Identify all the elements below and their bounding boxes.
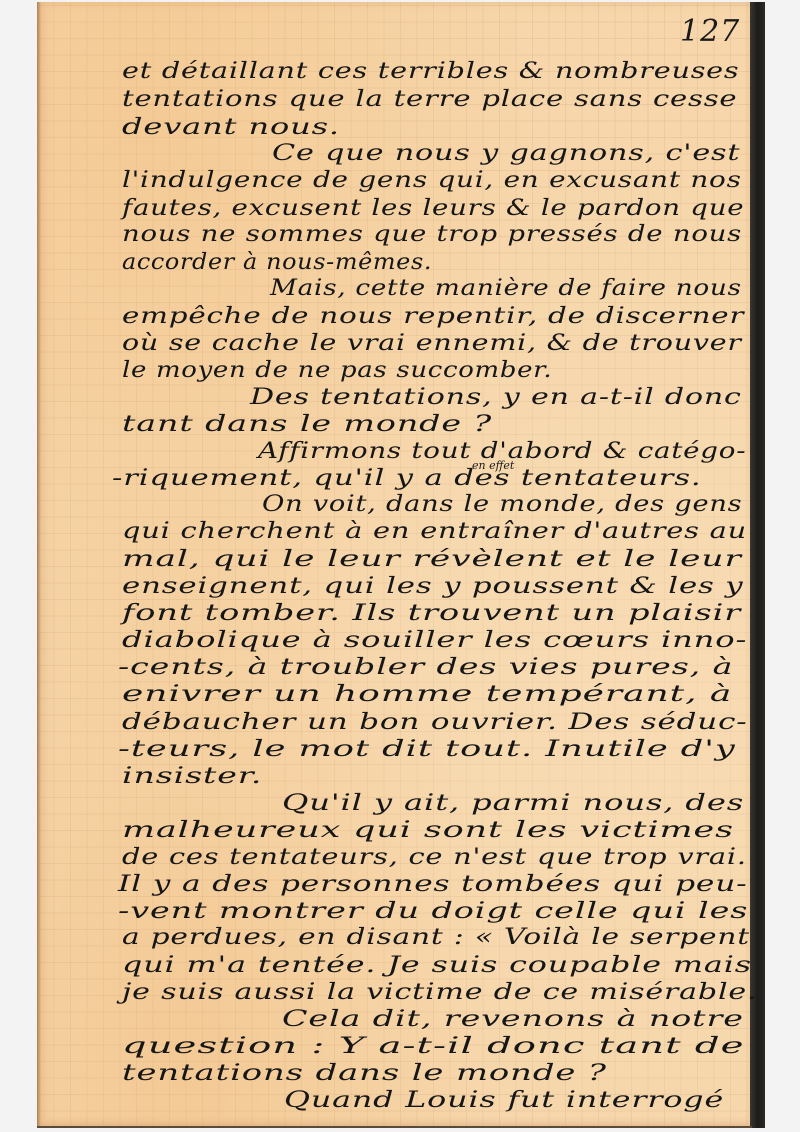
page-left-edge — [37, 2, 41, 1128]
manuscript-line: malheureux qui sont les victimes — [122, 819, 734, 842]
manuscript-line: insister. — [122, 765, 262, 788]
manuscript-line: tant dans le monde ? — [122, 413, 492, 436]
manuscript-line: empêche de nous repentir, de discerner — [122, 305, 744, 328]
manuscript-line: -teurs, le mot dit tout. Inutile d'y — [118, 738, 736, 761]
manuscript-line: Il y a des personnes tombées qui peu- — [118, 873, 748, 896]
manuscript-line: Quand Louis fut interrogé — [284, 1089, 724, 1112]
manuscript-line: nous ne sommes que trop pressés de nous — [122, 223, 742, 246]
manuscript-line: a perdues, en disant : « Voilà le serpen… — [122, 926, 750, 949]
interlinear-insertion: en effet — [472, 459, 514, 472]
manuscript-line: Qu'il y ait, parmi nous, des — [282, 792, 744, 815]
manuscript-line: et détaillant ces terribles & nombreuses — [122, 60, 739, 83]
manuscript-line: qui cherchent à en entraîner d'autres au — [122, 520, 747, 543]
manuscript-line: tentations dans le monde ? — [122, 1062, 607, 1085]
manuscript-line: l'indulgence de gens qui, en excusant no… — [122, 169, 742, 192]
manuscript-line: fautes, excusent les leurs & le pardon q… — [122, 197, 744, 220]
manuscript-line: enseignent, qui les y poussent & les y — [122, 575, 744, 598]
manuscript-line: accorder à nous-mêmes. — [122, 251, 432, 274]
manuscript-line: débaucher un bon ouvrier. Des séduc- — [122, 711, 748, 734]
page-bottom-edge — [37, 1126, 752, 1128]
manuscript-line: -riquement, qu'il y a des tentateurs. — [112, 467, 701, 490]
document-viewer: 127 et détaillant ces terribles & nombre… — [0, 0, 800, 1132]
manuscript-line: font tomber. Ils trouvent un plaisir — [122, 602, 741, 625]
manuscript-line: je suis aussi la victime de ce misérable… — [122, 981, 757, 1004]
manuscript-line: le moyen de ne pas succomber. — [122, 359, 552, 382]
manuscript-line: de ces tentateurs, ce n'est que trop vra… — [122, 846, 747, 869]
manuscript-line: Ce que nous y gagnons, c'est — [272, 142, 740, 165]
manuscript-line: où se cache le vrai ennemi, & de trouver — [122, 332, 742, 355]
manuscript-line: tentations que la terre place sans cesse — [122, 88, 737, 111]
manuscript-line: Des tentations, y en a-t-il donc — [250, 386, 742, 409]
manuscript-line: On voit, dans le monde, des gens — [262, 493, 742, 516]
manuscript-line: Cela dit, revenons à notre — [282, 1008, 744, 1031]
manuscript-line: qui m'a tentée. Je suis coupable mais — [122, 954, 752, 977]
manuscript-line: -cents, à troubler des vies pures, à — [118, 656, 733, 679]
manuscript-line: diabolique à souiller les cœurs inno- — [122, 629, 747, 652]
manuscript-line: mal, qui le leur révèlent et le leur — [122, 548, 742, 571]
manuscript-line: Mais, cette manière de faire nous — [270, 277, 742, 300]
notebook-binding — [750, 2, 765, 1128]
manuscript-line: -vent montrer du doigt celle qui les — [118, 900, 748, 923]
manuscript-line: enivrer un homme tempérant, à — [122, 683, 732, 706]
manuscript-line: devant nous. — [122, 116, 340, 139]
page-number: 127 — [680, 14, 740, 49]
manuscript-line: question : Y a-t-il donc tant de — [122, 1035, 744, 1058]
